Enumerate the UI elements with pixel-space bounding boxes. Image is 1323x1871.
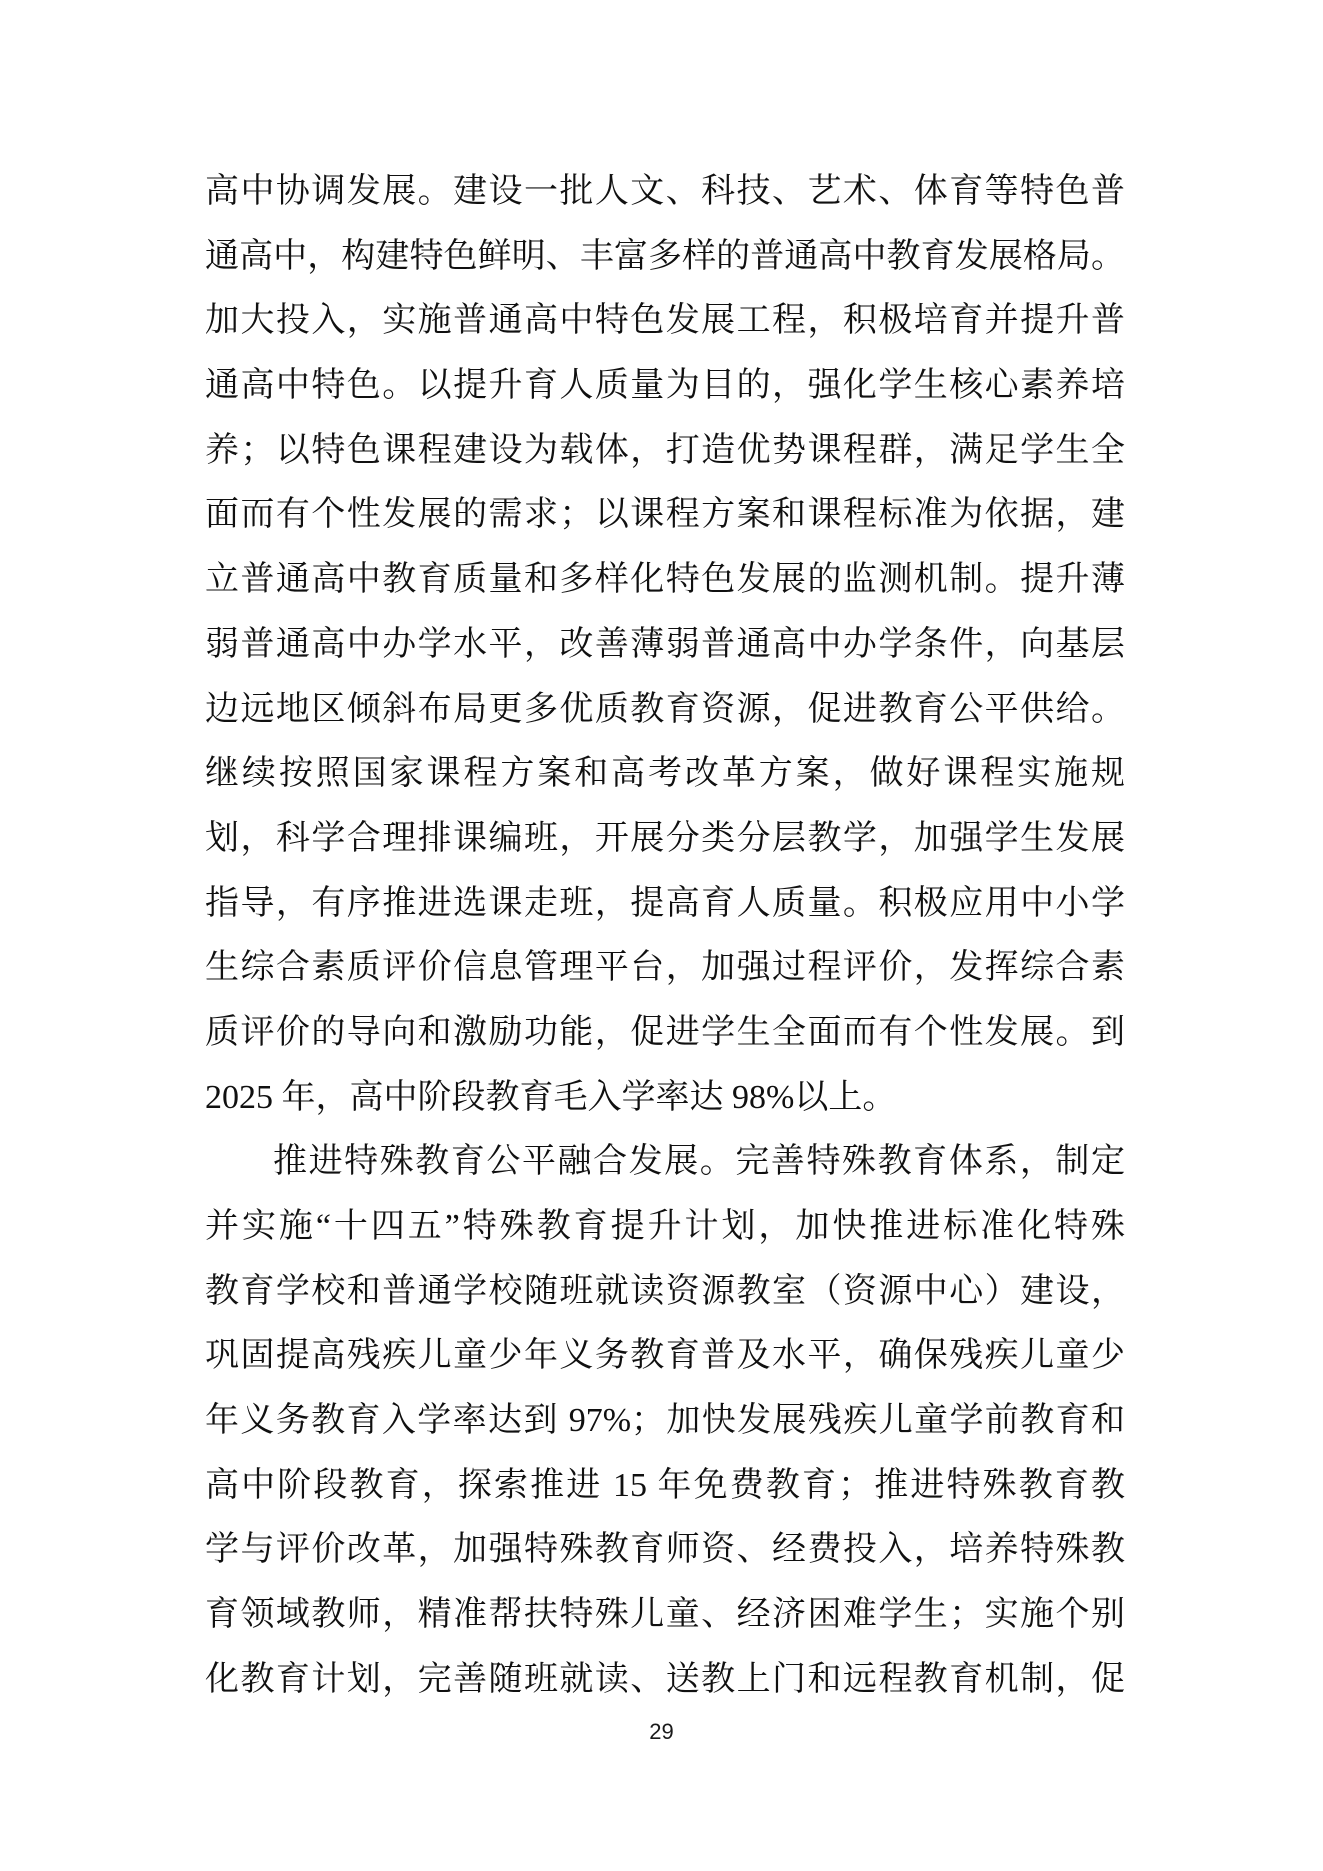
text-line: 通高中，构建特色鲜明、丰富多样的普通高中教育发展格局。 xyxy=(205,225,1125,290)
text-line: 并实施“十四五”特殊教育提升计划，加快推进标准化特殊 xyxy=(205,1195,1125,1260)
page-number: 29 xyxy=(0,1718,1323,1746)
text-line: 生综合素质评价信息管理平台，加强过程评价，发挥综合素 xyxy=(205,936,1125,1001)
text-line: 立普通高中教育质量和多样化特色发展的监测机制。提升薄 xyxy=(205,548,1125,613)
text-line: 加大投入，实施普通高中特色发展工程，积极培育并提升普 xyxy=(205,289,1125,354)
text-line: 质评价的导向和激励功能，促进学生全面而有个性发展。到 xyxy=(205,1001,1125,1066)
text-line: 弱普通高中办学水平，改善薄弱普通高中办学条件，向基层 xyxy=(205,613,1125,678)
text-line: 2025 年，高中阶段教育毛入学率达 98%以上。 xyxy=(205,1066,1125,1131)
main-text: 高中协调发展。建设一批人文、科技、艺术、体育等特色普 通高中，构建特色鲜明、丰富… xyxy=(205,160,1125,1713)
text-line: 推进特殊教育公平融合发展。完善特殊教育体系，制定 xyxy=(205,1130,1125,1195)
text-line: 化教育计划，完善随班就读、送教上门和远程教育机制，促 xyxy=(205,1648,1125,1713)
text-line: 教育学校和普通学校随班就读资源教室（资源中心）建设， xyxy=(205,1260,1125,1325)
text-line: 年义务教育入学率达到 97%；加快发展残疾儿童学前教育和 xyxy=(205,1389,1125,1454)
text-line: 养；以特色课程建设为载体，打造优势课程群，满足学生全 xyxy=(205,419,1125,484)
text-line: 通高中特色。以提升育人质量为目的，强化学生核心素养培 xyxy=(205,354,1125,419)
text-line: 指导，有序推进选课走班，提高育人质量。积极应用中小学 xyxy=(205,872,1125,937)
text-line: 边远地区倾斜布局更多优质教育资源，促进教育公平供给。 xyxy=(205,678,1125,743)
text-line: 学与评价改革，加强特殊教育师资、经费投入，培养特殊教 xyxy=(205,1518,1125,1583)
document-page: 高中协调发展。建设一批人文、科技、艺术、体育等特色普 通高中，构建特色鲜明、丰富… xyxy=(0,0,1323,1871)
text-line: 育领域教师，精准帮扶特殊儿童、经济困难学生；实施个别 xyxy=(205,1583,1125,1648)
text-line: 巩固提高残疾儿童少年义务教育普及水平，确保残疾儿童少 xyxy=(205,1324,1125,1389)
text-line: 划，科学合理排课编班，开展分类分层教学，加强学生发展 xyxy=(205,807,1125,872)
text-line: 高中阶段教育，探索推进 15 年免费教育；推进特殊教育教 xyxy=(205,1454,1125,1519)
text-line: 继续按照国家课程方案和高考改革方案，做好课程实施规 xyxy=(205,742,1125,807)
text-line: 面而有个性发展的需求；以课程方案和课程标准为依据，建 xyxy=(205,483,1125,548)
text-line: 高中协调发展。建设一批人文、科技、艺术、体育等特色普 xyxy=(205,160,1125,225)
